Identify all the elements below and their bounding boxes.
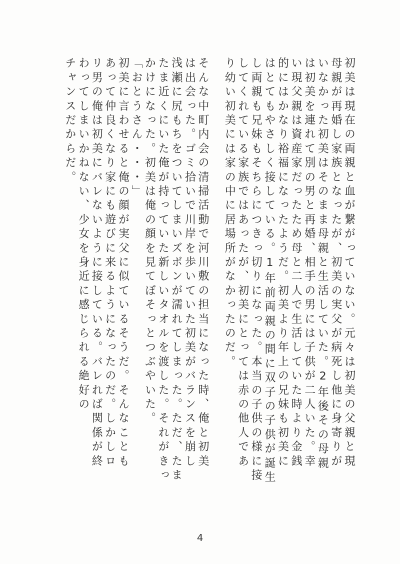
text-column: チャンスだからだ。 — [62, 57, 75, 515]
text-column: は出会った。ゴミ拾いで川岸を歩いていた初美がバランスを崩し — [182, 57, 195, 515]
text-column: 母親が再婚し家族となったが、初美の実父が病死し他に身寄りが — [328, 57, 341, 515]
empty-column — [209, 57, 222, 515]
text-column: 「おとうさん・・・」 — [129, 57, 142, 515]
vertical-text-block: 初美は現在の両親と血が繋がっていない。元々は初美の父親と現母親が再婚し家族となっ… — [62, 57, 355, 515]
text-column: リ男の俺は初美にバレないように接している。バレれば関係が終 — [89, 57, 102, 515]
page-number: 4 — [0, 533, 400, 544]
text-column: し両親も兄妹もそちらにつきっ切りになった。本当の子供の様に接 — [249, 57, 262, 515]
text-column: わってしまいかねない、少女を身近に感じられる絶好の — [76, 57, 89, 515]
text-column: はとてもやさしく接している。1年前両親の間に双子の子供が誕生 — [262, 57, 275, 515]
text-column: いなかった初美はそのまま母親と生活していた。2年後その母親 — [315, 57, 328, 515]
text-column: 初美に言わせると俺の顔が実父に似ているそうだ。そんなことも — [116, 57, 129, 515]
text-column: あって仲良くなり家にも遊びに来るようになったのだ。しかしロ — [102, 57, 115, 515]
text-column: い現父親は資産家だったため母と二人で生活していた時より金銭 — [289, 57, 302, 515]
text-column: たま近くにいた俺が持っていた新しいタオルを渡した。それがきっ — [156, 57, 169, 515]
text-column: 浅瀬に尻もちをついてしまいズボンが濡れてしまった。ただ、たま — [169, 57, 182, 515]
book-page: 初美は現在の両親と血が繋がっていない。元々は初美の父親と現母親が再婚し家族となっ… — [0, 0, 400, 564]
text-column: り幼い初美には家の中に居場所がなかったのだ。 — [222, 57, 235, 515]
text-column: してくれている家族ではあったが、初美にとっては赤の他人であ — [235, 57, 248, 515]
text-column: 初美は現在の両親と血が繋がっていない。元々は初美の父親と現 — [342, 57, 355, 515]
text-column: かけになった。初美は俺の顔を見てぼそっとつぶやいた。 — [142, 57, 155, 515]
text-column: そんな中町内会の清掃活動で河川敷の担当になった時、俺と初美 — [195, 57, 208, 515]
text-column: は初美を連れて別の男と再婚、相手の男には子供が二人いた。幸 — [302, 57, 315, 515]
text-column: 的にはかなり裕福になったようだ。初美より年上の兄妹も初美に — [275, 57, 288, 515]
